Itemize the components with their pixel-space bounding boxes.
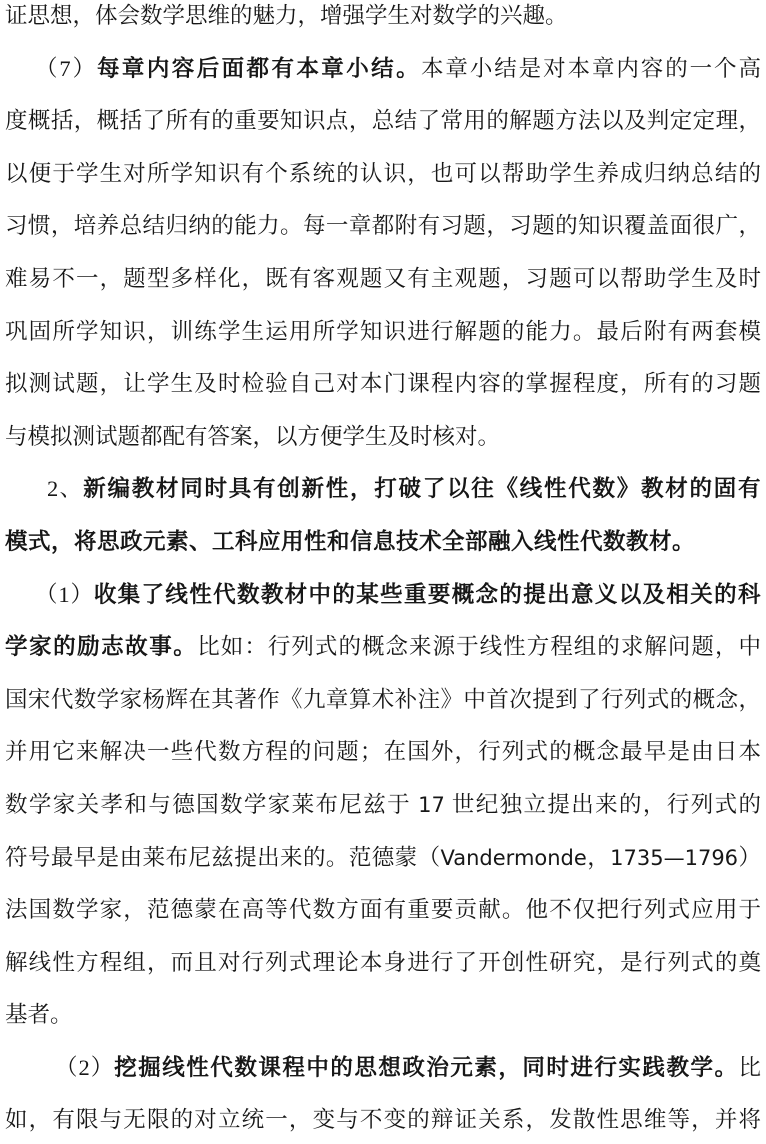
bold-text-run: 收集了线性代数教材中的某些重要概念的提出意义以及相关的科	[94, 582, 761, 607]
text-run: 习惯，培养总结归纳的能力。每一章都附有习题，习题的知识覆盖面很广，	[5, 213, 761, 238]
text-run: 世纪独立提出来的，行列式的	[445, 792, 761, 817]
text-line: 如，有限与无限的对立统一，变与不变的辩证关系，发散性思维等，并将	[5, 1094, 761, 1144]
latin-text-run: 1735—1796	[610, 846, 738, 870]
text-run: （2）	[55, 1055, 114, 1080]
text-run: ）	[738, 845, 761, 870]
text-run: （1）	[35, 582, 94, 607]
text-line: 习惯，培养总结归纳的能力。每一章都附有习题，习题的知识覆盖面很广，	[5, 200, 761, 253]
text-line: 数学家关孝和与德国数学家莱布尼兹于 17 世纪独立提出来的，行列式的	[5, 779, 761, 832]
text-line: （2）挖掘线性代数课程中的思想政治元素，同时进行实践教学。比	[5, 1042, 761, 1095]
text-line: 2、新编教材同时具有创新性，打破了以往《线性代数》教材的固有	[5, 463, 761, 516]
text-line: （1）收集了线性代数教材中的某些重要概念的提出意义以及相关的科	[5, 569, 761, 622]
latin-text-run: Vandermonde	[441, 846, 587, 870]
text-line: 巩固所学知识，训练学生运用所学知识进行解题的能力。最后附有两套模	[5, 306, 761, 359]
text-line: 解线性方程组，而且对行列式理论本身进行了开创性研究，是行列式的奠	[5, 937, 761, 990]
text-line: 度概括，概括了所有的重要知识点，总结了常用的解题方法以及判定定理，	[5, 95, 761, 148]
bold-text-run: 新编教材同时具有创新性，打破了以往《线性代数》教材的固有	[83, 476, 761, 501]
text-run: 并用它来解决一些代数方程的问题；在国外，行列式的概念最早是由日本	[5, 739, 761, 764]
text-line: 与模拟测试题都配有答案，以方便学生及时核对。	[5, 411, 761, 464]
text-run: 比	[738, 1055, 761, 1080]
text-line: 以便于学生对所学知识有个系统的认识，也可以帮助学生养成归纳总结的	[5, 148, 761, 201]
text-run: ，	[587, 845, 610, 870]
text-run: 国宋代数学家杨辉在其著作《九章算术补注》中首次提到了行列式的概念，	[5, 687, 761, 712]
text-run: 法国数学家，范德蒙在高等代数方面有重要贡献。他不仅把行列式应用于	[5, 897, 761, 922]
text-run: 基者。	[5, 1002, 73, 1027]
text-run: 数学家关孝和与德国数学家莱布尼兹于	[5, 792, 418, 817]
text-run: 以便于学生对所学知识有个系统的认识，也可以帮助学生养成归纳总结的	[5, 161, 761, 186]
text-line: 证思想，体会数学思维的魅力，增强学生对数学的兴趣。	[5, 0, 761, 43]
text-run: 度概括，概括了所有的重要知识点，总结了常用的解题方法以及判定定理，	[5, 108, 761, 133]
bold-text-run: 每章内容后面都有本章小结。	[97, 56, 421, 81]
bold-text-run: 挖掘线性代数课程中的思想政治元素，同时进行实践教学。	[114, 1055, 738, 1080]
text-line: （7）每章内容后面都有本章小结。本章小结是对本章内容的一个高	[5, 43, 761, 96]
text-line: 符号最早是由莱布尼兹提出来的。范德蒙（Vandermonde，1735—1796…	[5, 832, 761, 885]
text-run: 巩固所学知识，训练学生运用所学知识进行解题的能力。最后附有两套模	[5, 319, 761, 344]
text-run: 难易不一，题型多样化，既有客观题又有主观题，习题可以帮助学生及时	[5, 266, 761, 291]
text-run: 解线性方程组，而且对行列式理论本身进行了开创性研究，是行列式的奠	[5, 950, 761, 975]
text-run: 与模拟测试题都配有答案，以方便学生及时核对。	[5, 424, 500, 449]
bold-text-run: 学家的励志故事。	[5, 634, 197, 659]
text-run: 证思想，体会数学思维的魅力，增强学生对数学的兴趣。	[5, 3, 568, 28]
text-run: 如，有限与无限的对立统一，变与不变的辩证关系，发散性思维等，并将	[5, 1107, 761, 1132]
text-run: 2、	[47, 476, 83, 501]
text-run: 拟测试题，让学生及时检验自己对本门课程内容的掌握程度，所有的习题	[5, 371, 761, 396]
text-line: 拟测试题，让学生及时检验自己对本门课程内容的掌握程度，所有的习题	[5, 358, 761, 411]
latin-text-run: 17	[418, 793, 445, 817]
text-run: 符号最早是由莱布尼兹提出来的。范德蒙（	[5, 845, 441, 870]
document-page: 证思想，体会数学思维的魅力，增强学生对数学的兴趣。（7）每章内容后面都有本章小结…	[0, 0, 766, 1144]
text-line: 基者。	[5, 989, 761, 1042]
text-line: 模式，将思政元素、工科应用性和信息技术全部融入线性代数教材。	[5, 516, 761, 569]
text-line: 国宋代数学家杨辉在其著作《九章算术补注》中首次提到了行列式的概念，	[5, 674, 761, 727]
text-run: （7）	[35, 56, 97, 81]
text-run: 本章小结是对本章内容的一个高	[421, 56, 761, 81]
text-line: 难易不一，题型多样化，既有客观题又有主观题，习题可以帮助学生及时	[5, 253, 761, 306]
text-run: 比如：行列式的概念来源于线性方程组的求解问题，中	[197, 634, 761, 659]
bold-text-run: 模式，将思政元素、工科应用性和信息技术全部融入线性代数教材。	[5, 529, 695, 554]
text-line: 并用它来解决一些代数方程的问题；在国外，行列式的概念最早是由日本	[5, 726, 761, 779]
text-line: 法国数学家，范德蒙在高等代数方面有重要贡献。他不仅把行列式应用于	[5, 884, 761, 937]
text-line: 学家的励志故事。比如：行列式的概念来源于线性方程组的求解问题，中	[5, 621, 761, 674]
document-text-body: 证思想，体会数学思维的魅力，增强学生对数学的兴趣。（7）每章内容后面都有本章小结…	[5, 0, 761, 1144]
